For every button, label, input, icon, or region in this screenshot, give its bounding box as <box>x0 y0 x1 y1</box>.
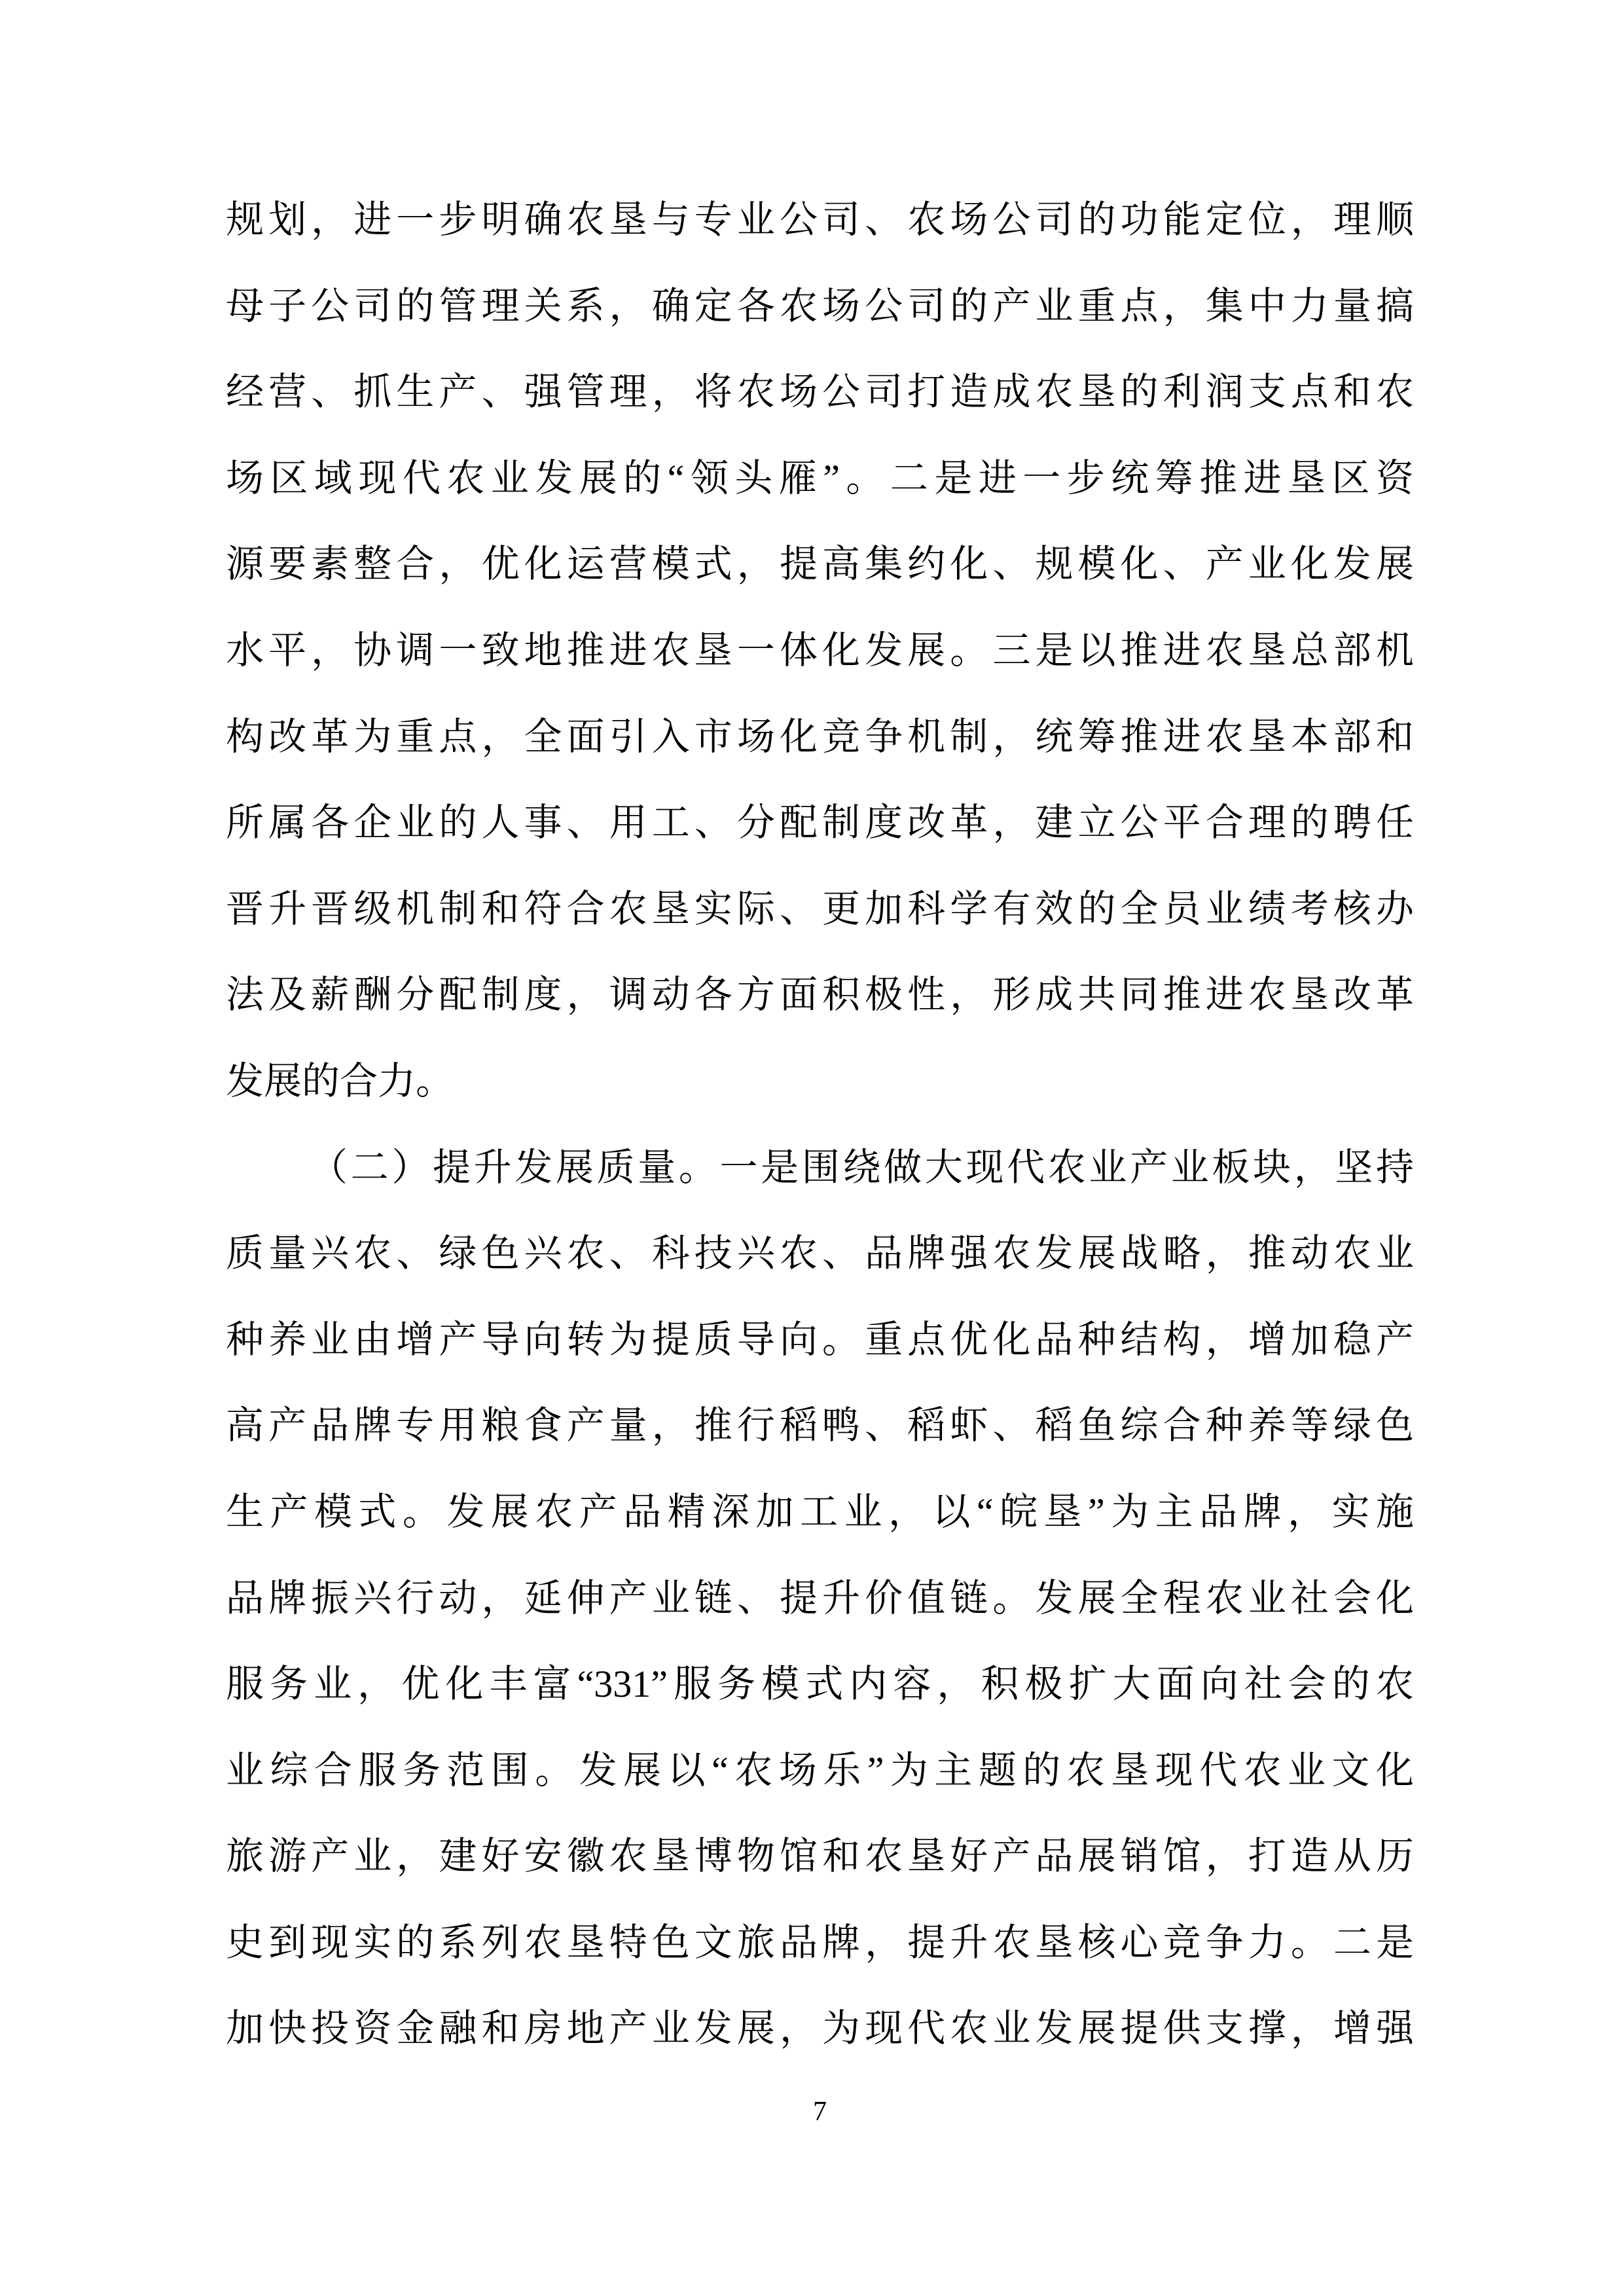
text-line: 场区域现代农业发展的“领头雁”。二是进一步统筹推进垦区资 <box>226 435 1414 522</box>
text-line: （二）提升发展质量。一是围绕做大现代农业产业板块，坚持 <box>226 1125 1414 1211</box>
text-line: 水平，协调一致地推进农垦一体化发展。三是以推进农垦总部机 <box>226 607 1414 694</box>
document-page: 规划，进一步明确农垦与专业公司、农场公司的功能定位，理顺母子公司的管理关系，确定… <box>0 0 1624 2295</box>
text-line: 发展的合力。 <box>226 1038 1414 1125</box>
text-line: 品牌振兴行动，延伸产业链、提升价值链。发展全程农业社会化 <box>226 1555 1414 1642</box>
text-line: 旅游产业，建好安徽农垦博物馆和农垦好产品展销馆，打造从历 <box>226 1813 1414 1900</box>
text-line: 高产品牌专用粮食产量，推行稻鸭、稻虾、稻鱼综合种养等绿色 <box>226 1382 1414 1469</box>
text-line: 经营、抓生产、强管理，将农场公司打造成农垦的利润支点和农 <box>226 349 1414 435</box>
text-line: 母子公司的管理关系，确定各农场公司的产业重点，集中力量搞 <box>226 263 1414 350</box>
text-line: 质量兴农、绿色兴农、科技兴农、品牌强农发展战略，推动农业 <box>226 1210 1414 1297</box>
text-line: 史到现实的系列农垦特色文旅品牌，提升农垦核心竞争力。二是 <box>226 1900 1414 1986</box>
text-line: 种养业由增产导向转为提质导向。重点优化品种结构，增加稳产 <box>226 1297 1414 1383</box>
text-line: 构改革为重点，全面引入市场化竞争机制，统筹推进农垦本部和 <box>226 694 1414 780</box>
text-line: 规划，进一步明确农垦与专业公司、农场公司的功能定位，理顺 <box>226 177 1414 263</box>
text-line: 晋升晋级机制和符合农垦实际、更加科学有效的全员业绩考核办 <box>226 866 1414 952</box>
page-number: 7 <box>226 2092 1414 2131</box>
text-line: 加快投资金融和房地产业发展，为现代农业发展提供支撑，增强 <box>226 1985 1414 2072</box>
document-body: 规划，进一步明确农垦与专业公司、农场公司的功能定位，理顺母子公司的管理关系，确定… <box>226 177 1414 2072</box>
text-line: 所属各企业的人事、用工、分配制度改革，建立公平合理的聘任 <box>226 780 1414 866</box>
text-line: 源要素整合，优化运营模式，提高集约化、规模化、产业化发展 <box>226 521 1414 607</box>
text-line: 生产模式。发展农产品精深加工业，以“皖垦”为主品牌，实施 <box>226 1469 1414 1555</box>
text-line: 法及薪酬分配制度，调动各方面积极性，形成共同推进农垦改革 <box>226 952 1414 1038</box>
text-line: 服务业，优化丰富“331”服务模式内容，积极扩大面向社会的农 <box>226 1641 1414 1727</box>
text-line: 业综合服务范围。发展以“农场乐”为主题的农垦现代农业文化 <box>226 1727 1414 1814</box>
